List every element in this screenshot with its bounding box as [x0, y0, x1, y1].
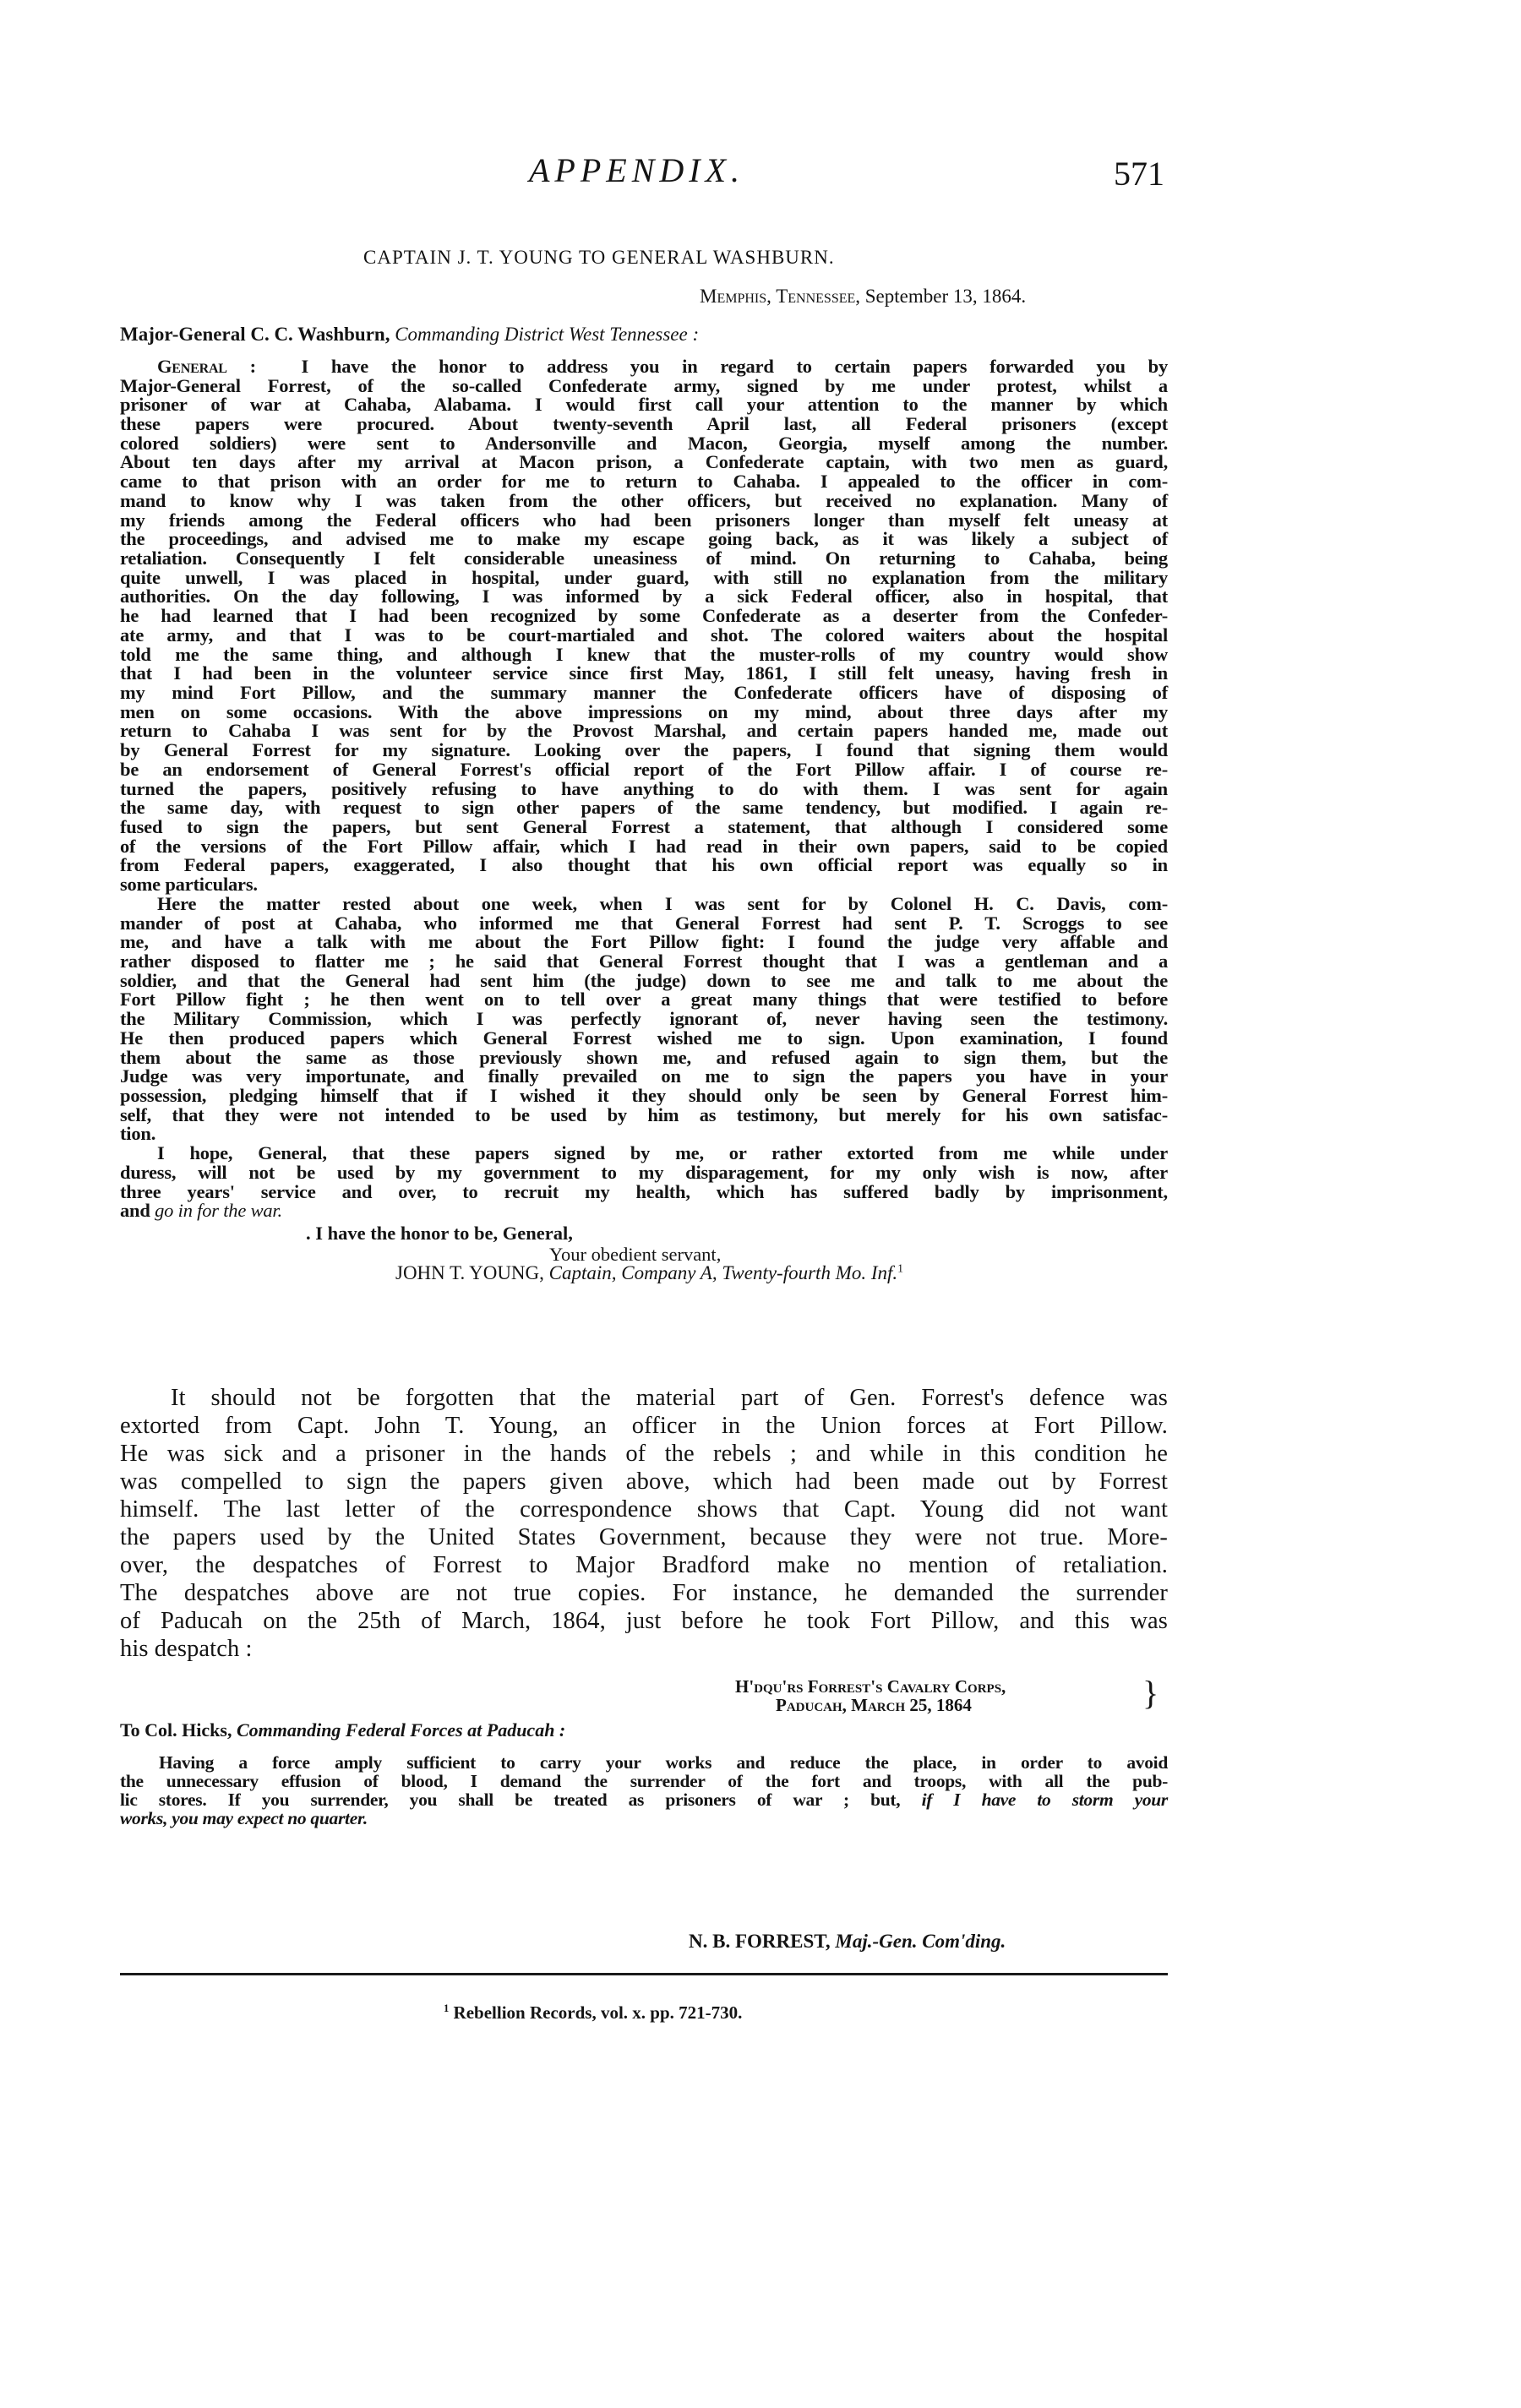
letter-line: prisoner of war at Cahaba, Alabama. I wo…	[120, 395, 1168, 414]
despatch-heading-line1: H'dqu'rs Forrest's Cavalry Corps,	[735, 1677, 1006, 1696]
letter-line: and go in for the war.	[120, 1201, 1168, 1220]
letter-line: Here the matter rested about one week, w…	[120, 895, 1168, 913]
letter-title: CAPTAIN J. T. YOUNG TO GENERAL WASHBURN.	[363, 247, 835, 269]
letter-line: authorities. On the day following, I was…	[120, 587, 1168, 606]
commentary-line: was compelled to sign the papers given a…	[120, 1468, 1168, 1495]
letter-line: Judge was very importunate, and finally …	[120, 1067, 1168, 1086]
letter-line: Fort Pillow fight ; he then went on to t…	[120, 990, 1168, 1009]
signature-title: Captain, Company A, Twenty-fourth Mo. In…	[549, 1262, 898, 1283]
letter-line: by General Forrest for my signature. Loo…	[120, 741, 1168, 760]
running-head-title: APPENDIX.	[529, 150, 744, 190]
letter-line: the same day, with request to sign other…	[120, 798, 1168, 817]
valediction: . I have the honor to be, General,	[306, 1223, 573, 1245]
letter-line: that I had been in the volunteer service…	[120, 664, 1168, 683]
despatch-line: the unnecessary effusion of blood, I dem…	[120, 1772, 1168, 1790]
letter-line: quite unwell, I was placed in hospital, …	[120, 569, 1168, 587]
letter-line: three years' service and over, to recrui…	[120, 1183, 1168, 1201]
letter-line: of the versions of the Fort Pillow affai…	[120, 837, 1168, 856]
letter-dateline: Memphis, Tennessee, September 13, 1864.	[700, 286, 1026, 308]
letter-line: mand to know why I was taken from the ot…	[120, 492, 1168, 510]
letter-signature: JOHN T. YOUNG, Captain, Company A, Twent…	[395, 1262, 903, 1284]
commentary-line: The despatches above are not true copies…	[120, 1579, 1168, 1607]
footnote-text: Rebellion Records, vol. x. pp. 721-730.	[454, 2002, 743, 2023]
letter-line: General : I have the honor to address yo…	[120, 357, 1168, 376]
letter-line: rather disposed to flatter me ; he said …	[120, 952, 1168, 971]
commentary-line: himself. The last letter of the correspo…	[120, 1495, 1168, 1523]
closing-italic: go in for the war.	[155, 1200, 282, 1221]
addressee-name: Major-General C. C. Washburn,	[120, 324, 390, 345]
commentary-line: extorted from Capt. John T. Young, an of…	[120, 1412, 1168, 1440]
letter-line: some particulars.	[120, 875, 1168, 894]
despatch-addressee: To Col. Hicks, Commanding Federal Forces…	[120, 1719, 565, 1741]
page-number: 571	[1114, 154, 1164, 193]
letter-line: these papers were procured. About twenty…	[120, 415, 1168, 433]
commentary-line: over, the despatches of Forrest to Major…	[120, 1551, 1168, 1579]
despatch-heading-line2: Paducah, March 25, 1864	[735, 1696, 1006, 1714]
footnote: 1 Rebellion Records, vol. x. pp. 721-730…	[444, 2002, 742, 2024]
dateline-place: Memphis, Tennessee,	[700, 286, 860, 307]
letter-line: About ten days after my arrival at Macon…	[120, 453, 1168, 471]
despatch-signature: N. B. FORREST, Maj.-Gen. Com'ding.	[689, 1931, 1006, 1953]
letter-addressee: Major-General C. C. Washburn, Commanding…	[120, 324, 699, 346]
dateline-date: September 13, 1864.	[865, 286, 1026, 307]
commentary-line: It should not be forgotten that the mate…	[120, 1384, 1168, 1412]
letter-line: be an endorsement of General Forrest's o…	[120, 760, 1168, 779]
letter-line: duress, will not be used by my governmen…	[120, 1163, 1168, 1182]
commentary-line: his despatch :	[120, 1635, 1168, 1663]
letter-line: turned the papers, positively refusing t…	[120, 780, 1168, 798]
despatch-line: works, you may expect no quarter.	[120, 1809, 1168, 1828]
commentary-line: He was sick and a prisoner in the hands …	[120, 1440, 1168, 1468]
letter-line: I hope, General, that these papers signe…	[120, 1144, 1168, 1163]
despatch-line: lic stores. If you surrender, you shall …	[120, 1790, 1168, 1809]
letter-line: the proceedings, and advised me to make …	[120, 530, 1168, 548]
despatch-line: Having a force amply sufficient to carry…	[120, 1753, 1168, 1772]
letter-line: ate army, and that I was to be court-mar…	[120, 626, 1168, 645]
letter-line: Major-General Forrest, of the so-called …	[120, 377, 1168, 395]
letter-line: mander of post at Cahaba, who informed m…	[120, 914, 1168, 933]
despatch-heading: H'dqu'rs Forrest's Cavalry Corps, Paduca…	[735, 1677, 1006, 1714]
letter-line: fused to sign the papers, but sent Gener…	[120, 818, 1168, 836]
letter-line: colored soldiers) were sent to Andersonv…	[120, 434, 1168, 453]
salutation: General :	[157, 356, 256, 377]
footnote-ref[interactable]: 1	[897, 1261, 903, 1274]
despatch-italic-tail: if I have to storm your	[922, 1790, 1168, 1810]
letter-line: possession, pledging himself that if I w…	[120, 1087, 1168, 1105]
letter-line: my friends among the Federal officers wh…	[120, 511, 1168, 530]
letter-line: self, that they were not intended to be …	[120, 1106, 1168, 1125]
footnote-rule	[120, 1973, 1168, 1975]
letter-line: men on some occasions. With the above im…	[120, 703, 1168, 722]
letter-line: my mind Fort Pillow, and the summary man…	[120, 684, 1168, 702]
despatch-addressee-name: To Col. Hicks,	[120, 1719, 232, 1741]
letter-line: he had learned that I had been recognize…	[120, 607, 1168, 625]
addressee-title: Commanding District West Tennessee :	[395, 324, 699, 345]
signature-name: JOHN T. YOUNG,	[395, 1262, 544, 1283]
despatch-signature-title: Maj.-Gen. Com'ding.	[835, 1931, 1006, 1952]
letter-line: them about the same as those previously …	[120, 1049, 1168, 1067]
letter-line: soldier, and that the General had sent h…	[120, 972, 1168, 990]
letter-line: told me the same thing, and although I k…	[120, 646, 1168, 664]
letter-line: me, and have a talk with me about the Fo…	[120, 933, 1168, 951]
letter-line: from Federal papers, exaggerated, I also…	[120, 856, 1168, 874]
letter-line: He then produced papers which General Fo…	[120, 1029, 1168, 1048]
brace-icon: }	[1142, 1676, 1158, 1710]
letter-line: retaliation. Consequently I felt conside…	[120, 549, 1168, 568]
letter-line: came to that prison with an order for me…	[120, 472, 1168, 491]
letter-line: the Military Commission, which I was per…	[120, 1010, 1168, 1028]
footnote-mark: 1	[444, 2002, 449, 2014]
commentary-line: of Paducah on the 25th of March, 1864, j…	[120, 1607, 1168, 1635]
despatch-signature-name: N. B. FORREST,	[689, 1931, 831, 1952]
letter-line: return to Cahaba I was sent for by the P…	[120, 722, 1168, 740]
despatch-addressee-title: Commanding Federal Forces at Paducah :	[237, 1719, 565, 1741]
letter-line: tion.	[120, 1125, 1168, 1143]
commentary-line: the papers used by the United States Gov…	[120, 1523, 1168, 1551]
